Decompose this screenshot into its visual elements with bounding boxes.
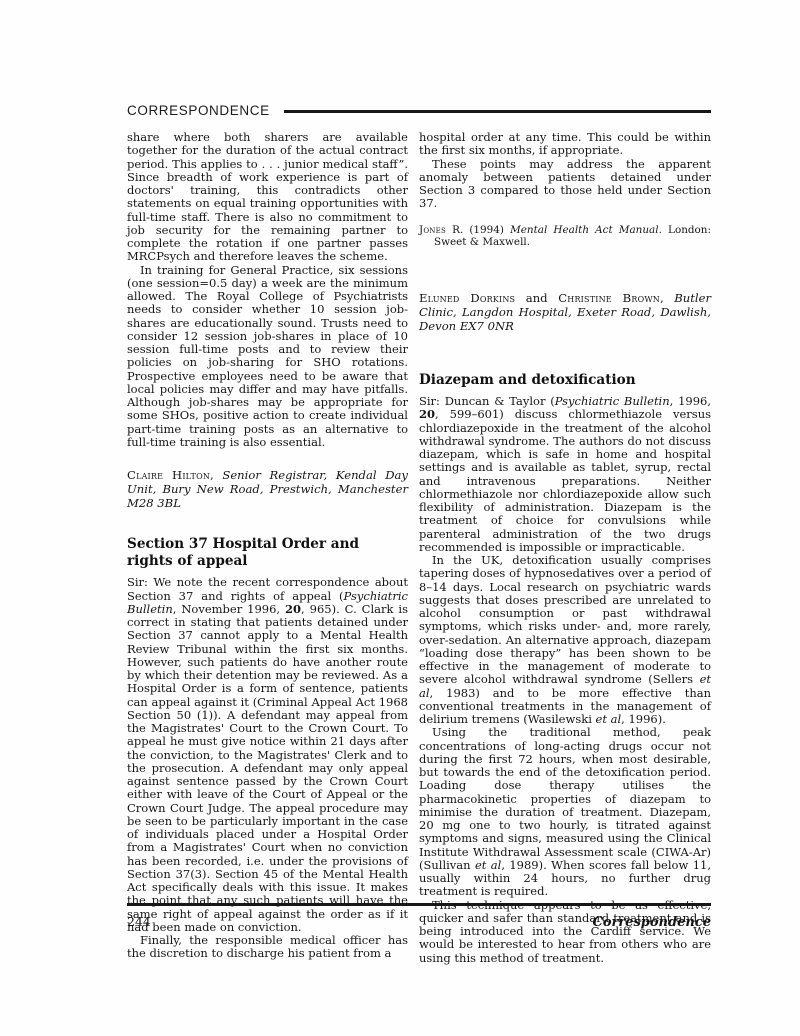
- paragraph-diazepam-1: Sir: Duncan & Taylor (Psychiatric Bullet…: [419, 395, 711, 554]
- journal-page: CORRESPONDENCE share where both sharers …: [0, 0, 800, 1036]
- text-columns: share where both sharers are available t…: [127, 131, 711, 965]
- running-title: Correspondence: [592, 915, 711, 930]
- letter-heading-section37: Section 37 Hospital Order and rights of …: [127, 536, 408, 569]
- paragraph-jobshare-1: share where both sharers are available t…: [127, 131, 408, 264]
- right-column: hospital order at any time. This could b…: [419, 131, 711, 965]
- paragraph-jobshare-2: In training for General Practice, six se…: [127, 264, 408, 450]
- paragraph-section37-cont-2: These points may address the apparent an…: [419, 158, 711, 211]
- paragraph-diazepam-2: In the UK, detoxification usually compri…: [419, 554, 711, 726]
- page-footer: 244 Correspondence: [127, 903, 711, 930]
- section-header: CORRESPONDENCE: [127, 103, 711, 118]
- footer-row: 244 Correspondence: [127, 906, 711, 930]
- page-number: 244: [127, 914, 151, 929]
- paragraph-diazepam-3: Using the traditional method, peak conce…: [419, 726, 711, 898]
- paragraph-section37-2: Finally, the responsible medical officer…: [127, 934, 408, 961]
- letter-heading-diazepam: Diazepam and detoxification: [419, 372, 711, 389]
- paragraph-section37-1: Sir: We note the recent correspondence a…: [127, 576, 408, 934]
- left-column: share where both sharers are available t…: [127, 131, 408, 965]
- section-header-title: CORRESPONDENCE: [127, 103, 270, 118]
- author-signature-hilton: Claire Hilton, Senior Registrar, Kendal …: [127, 469, 408, 510]
- header-rule: [284, 110, 711, 113]
- paragraph-section37-cont-1: hospital order at any time. This could b…: [419, 131, 711, 158]
- reference-jones-1994: Jones R. (1994) Mental Health Act Manual…: [419, 224, 711, 249]
- author-signature-dorkins-brown: Eluned Dorkins and Christine Brown, Butl…: [419, 292, 711, 333]
